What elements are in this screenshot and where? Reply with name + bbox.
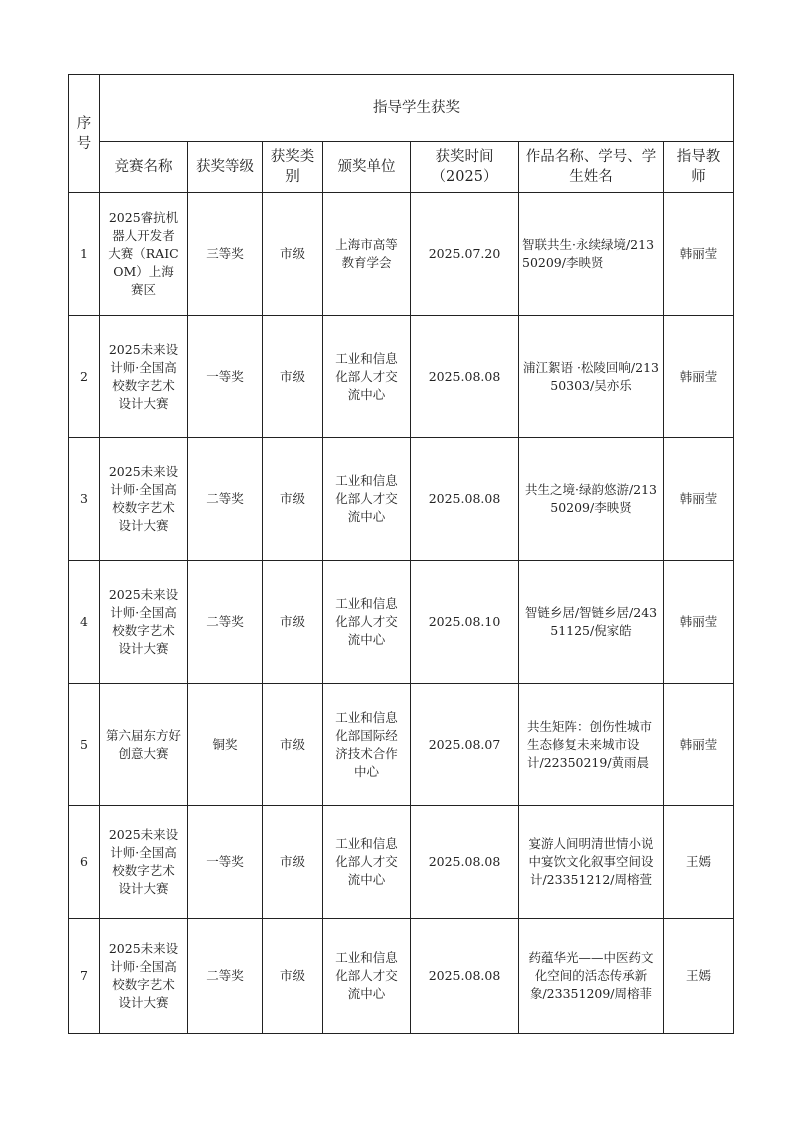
- row-teacher: 韩丽莹: [664, 684, 734, 806]
- row-teacher: 王嫣: [664, 919, 734, 1034]
- row-no: 5: [69, 684, 100, 806]
- row-date: 2025.08.08: [411, 919, 519, 1034]
- row-teacher: 韩丽莹: [664, 561, 734, 684]
- row-issuer: 工业和信息化部国际经济技术合作中心: [323, 684, 411, 806]
- col-header-issuer: 颁奖单位: [323, 142, 411, 193]
- row-no: 3: [69, 438, 100, 561]
- row-issuer: 工业和信息化部人才交流中心: [323, 806, 411, 919]
- col-header-date: 获奖时间（2025）: [411, 142, 519, 193]
- row-no: 2: [69, 316, 100, 438]
- row-teacher: 韩丽莹: [664, 316, 734, 438]
- row-issuer: 上海市高等教育学会: [323, 193, 411, 316]
- row-work: 浦江絮语 ·松陵回响/21350303/吴亦乐: [519, 316, 664, 438]
- table-row: 3 2025未来设计师·全国高校数字艺术设计大赛 二等奖 市级 工业和信息化部人…: [69, 438, 734, 561]
- row-category: 市级: [263, 561, 323, 684]
- row-no: 6: [69, 806, 100, 919]
- row-category: 市级: [263, 684, 323, 806]
- table-row: 7 2025未来设计师·全国高校数字艺术设计大赛 二等奖 市级 工业和信息化部人…: [69, 919, 734, 1034]
- awards-table: 序号 指导学生获奖 竞赛名称 获奖等级 获奖类别 颁奖单位 获奖时间（2025）…: [68, 74, 734, 1034]
- row-category: 市级: [263, 438, 323, 561]
- row-level: 铜奖: [188, 684, 263, 806]
- row-competition: 2025未来设计师·全国高校数字艺术设计大赛: [100, 316, 188, 438]
- col-header-category: 获奖类别: [263, 142, 323, 193]
- row-level: 三等奖: [188, 193, 263, 316]
- row-date: 2025.08.07: [411, 684, 519, 806]
- row-issuer: 工业和信息化部人才交流中心: [323, 316, 411, 438]
- row-work: 智链乡居/智链乡居/24351125/倪家皓: [519, 561, 664, 684]
- col-header-teacher: 指导教师: [664, 142, 734, 193]
- table-row: 1 2025睿抗机器人开发者大赛（RAICOM）上海赛区 三等奖 市级 上海市高…: [69, 193, 734, 316]
- row-competition: 2025未来设计师·全国高校数字艺术设计大赛: [100, 561, 188, 684]
- row-teacher: 韩丽莹: [664, 438, 734, 561]
- table-row: 5 第六届东方好创意大赛 铜奖 市级 工业和信息化部国际经济技术合作中心 202…: [69, 684, 734, 806]
- row-competition: 2025睿抗机器人开发者大赛（RAICOM）上海赛区: [100, 193, 188, 316]
- col-header-work: 作品名称、学号、学生姓名: [519, 142, 664, 193]
- row-date: 2025.08.08: [411, 316, 519, 438]
- row-date: 2025.08.08: [411, 438, 519, 561]
- row-issuer: 工业和信息化部人才交流中心: [323, 919, 411, 1034]
- row-level: 二等奖: [188, 561, 263, 684]
- row-competition: 2025未来设计师·全国高校数字艺术设计大赛: [100, 919, 188, 1034]
- row-competition: 第六届东方好创意大赛: [100, 684, 188, 806]
- table-row: 2 2025未来设计师·全国高校数字艺术设计大赛 一等奖 市级 工业和信息化部人…: [69, 316, 734, 438]
- row-no: 4: [69, 561, 100, 684]
- row-work: 宴游人间明清世情小说中宴饮文化叙事空间设计/23351212/周榕萱: [519, 806, 664, 919]
- row-category: 市级: [263, 919, 323, 1034]
- row-work: 药蕴华光——中医药文化空间的活态传承新象/23351209/周榕菲: [519, 919, 664, 1034]
- row-date: 2025.08.10: [411, 561, 519, 684]
- row-work: 智联共生·永续绿境/21350209/李映贤: [519, 193, 664, 316]
- row-level: 二等奖: [188, 438, 263, 561]
- table-row: 4 2025未来设计师·全国高校数字艺术设计大赛 二等奖 市级 工业和信息化部人…: [69, 561, 734, 684]
- row-work: 共生矩阵：创伤性城市生态修复未来城市设计/22350219/黄雨晨: [519, 684, 664, 806]
- row-work: 共生之境·绿韵悠游/21350209/李映贤: [519, 438, 664, 561]
- col-header-competition: 竞赛名称: [100, 142, 188, 193]
- row-category: 市级: [263, 806, 323, 919]
- index-header: 序号: [69, 75, 100, 193]
- row-date: 2025.08.08: [411, 806, 519, 919]
- row-teacher: 王嫣: [664, 806, 734, 919]
- row-date: 2025.07.20: [411, 193, 519, 316]
- row-competition: 2025未来设计师·全国高校数字艺术设计大赛: [100, 806, 188, 919]
- row-teacher: 韩丽莹: [664, 193, 734, 316]
- col-header-level: 获奖等级: [188, 142, 263, 193]
- row-category: 市级: [263, 316, 323, 438]
- row-no: 7: [69, 919, 100, 1034]
- table-title: 指导学生获奖: [100, 75, 734, 142]
- row-category: 市级: [263, 193, 323, 316]
- row-level: 二等奖: [188, 919, 263, 1034]
- row-level: 一等奖: [188, 316, 263, 438]
- row-issuer: 工业和信息化部人才交流中心: [323, 438, 411, 561]
- row-level: 一等奖: [188, 806, 263, 919]
- row-issuer: 工业和信息化部人才交流中心: [323, 561, 411, 684]
- row-no: 1: [69, 193, 100, 316]
- row-competition: 2025未来设计师·全国高校数字艺术设计大赛: [100, 438, 188, 561]
- table-row: 6 2025未来设计师·全国高校数字艺术设计大赛 一等奖 市级 工业和信息化部人…: [69, 806, 734, 919]
